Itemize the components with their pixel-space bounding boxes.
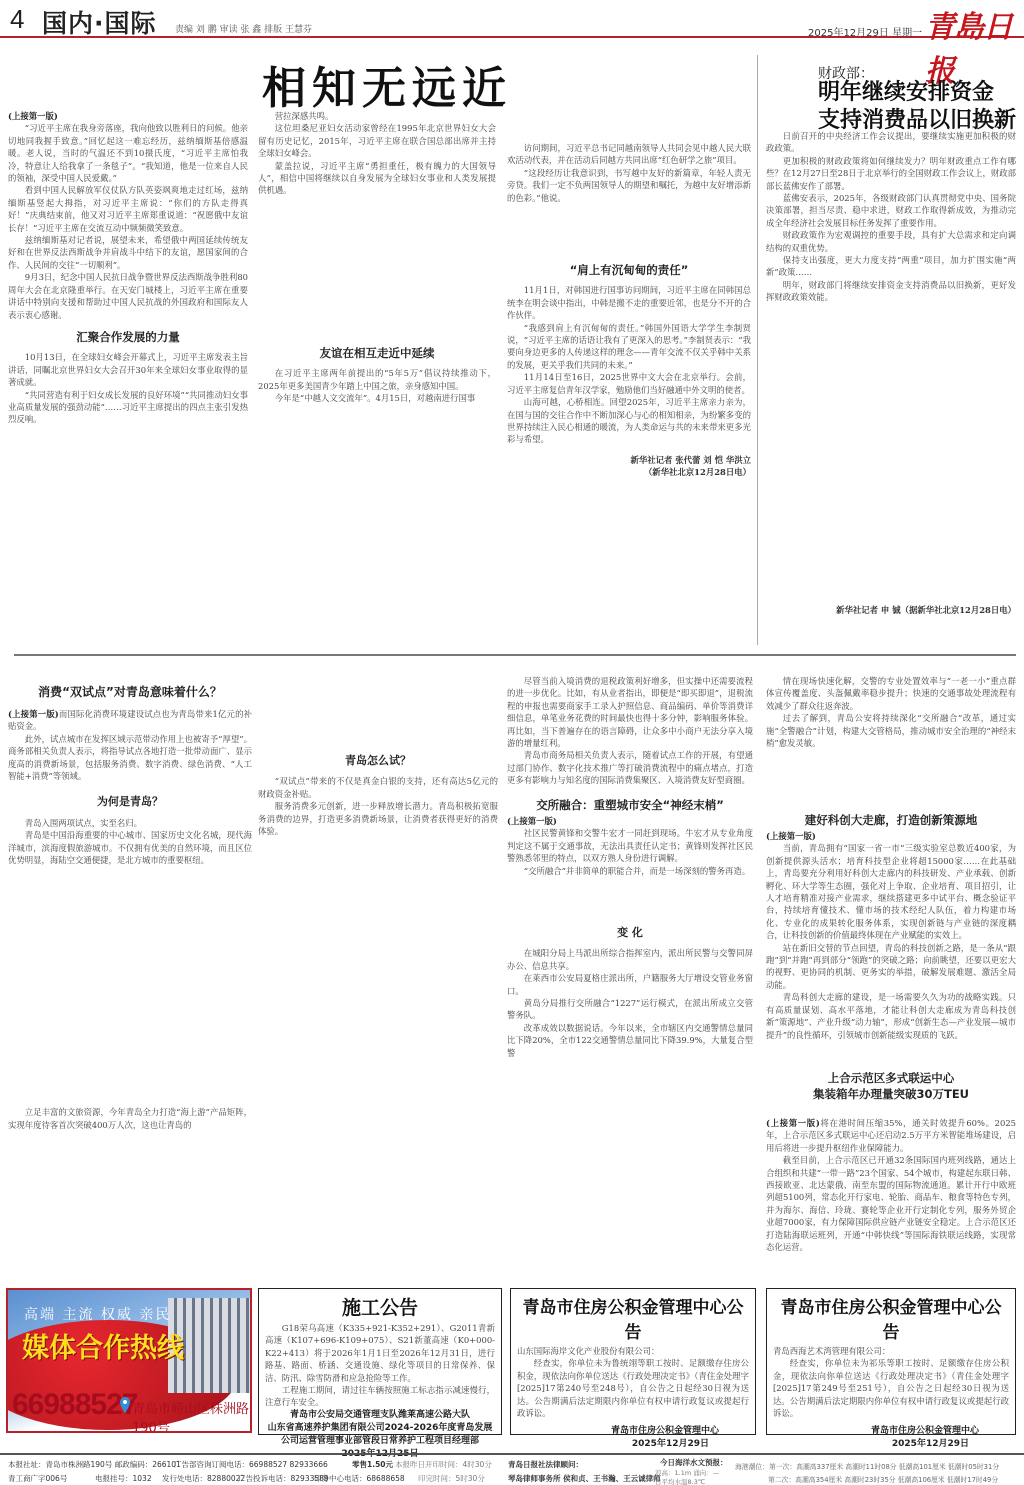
paragraph: 在城阳分局上马派出所综合指挥室内，派出所民警与交警同屏办公、信息共享。 bbox=[507, 947, 753, 972]
byline: 新华社记者 张代蕾 刘 恺 华洪立 bbox=[507, 454, 751, 466]
traffic-headline: 交所融合：重塑城市安全“神经末梢” bbox=[507, 797, 753, 813]
footer-tide-1: 海港潮位：第一次：高潮高337厘米 高潮时11时08分 低潮高101厘米 低潮时… bbox=[735, 1461, 999, 1471]
paragraph: 10月13日，在全球妇女峰会开幕式上，习近平主席发表主旨讲话，同瞩北京世界妇女大… bbox=[8, 351, 248, 388]
paragraph: 黄岛分局推行交所融合“1227”运行模式，在派出所成立交管警务队。 bbox=[507, 997, 753, 1022]
addressee: 山东国际海岸文化产业股份有限公司： bbox=[517, 1345, 749, 1357]
consumption-col-3: 尽管当前入境消费的退税政策利好增多，但实操中还需要流程的进一步优化。比如，有从业… bbox=[507, 675, 753, 790]
paragraph: 经查实，你单位未为鲁统翊等职工按时、足额缴存住房公积金，现依法向你单位送达《行政… bbox=[517, 1357, 749, 1419]
subhead: “肩上有沉甸甸的责任” bbox=[507, 264, 751, 276]
housing-fund-notice-1: 青岛市住房公积金管理中心公告 山东国际海岸文化产业股份有限公司： 经查实，你单位… bbox=[510, 1288, 756, 1435]
notice-title: 青岛市住房公积金管理中心公告 bbox=[517, 1293, 749, 1343]
notice-date: 2025年12月29日 bbox=[773, 1438, 1009, 1451]
footer-distribution: 发行处电话：82880022 bbox=[162, 1473, 245, 1484]
paragraph: 当前，青岛拥有“国家一省一市”三级实验室总数近400家，为创新提供源头活水；培育… bbox=[766, 842, 1016, 941]
paragraph: 过去了解到，青岛公安将持续深化“交所融合”改革，通过实施“全警融合”计划，构建大… bbox=[766, 712, 1016, 749]
paragraph: 截至目前，上合示范区已开通32条国际国内班列线路，通达上合组织和共建“一带一路”… bbox=[766, 1154, 1016, 1253]
consumption-col-2: 青岛怎么试？ “双试点”带来的不仅是真金白银的支持，还有高达5亿元的财政资金补贴… bbox=[258, 675, 498, 1275]
footer-ad-phone: 广告部咨询订阅电话：66988527 82933666 bbox=[174, 1459, 328, 1470]
paragraph: “这段经历让我意识到，书写越中友好的新篇章，年轻人责无旁贷。我们一定不负两国领导… bbox=[507, 167, 751, 204]
consumption-col-1: (上接第一版)而国际化消费环境建设试点也为青岛带来1亿元的补贴资金。 此外，试点… bbox=[8, 708, 252, 1273]
paragraph: 在莱西市公安局夏格庄派出所，户籍服务大厅增设交管业务窗口。 bbox=[507, 972, 753, 997]
footer-marine-temp: 日平均水温8.3℃ bbox=[655, 1477, 705, 1485]
footer-print-start: 本报昨日开印时间：4时30分 bbox=[395, 1459, 492, 1470]
footer-print-end: 印完时间：5时30分 bbox=[418, 1473, 485, 1484]
housing-fund-notice-2: 青岛市住房公积金管理中心公告 青岛西海艺术湾管理有限公司： 经查实，你单位未为祁… bbox=[766, 1288, 1016, 1435]
paragraph: 9月3日，纪念中国人民抗日战争暨世界反法西斯战争胜利80周年大会在北京隆重举行。… bbox=[8, 271, 248, 321]
paragraph: 这位坦桑尼亚妇女活动家曾经在1995年北京世界妇女大会留有历史记忆，2015年，… bbox=[258, 122, 496, 159]
notice-body: 山东国际海岸文化产业股份有限公司： 经查实，你单位未为鲁统翊等职工按时、足额缴存… bbox=[517, 1345, 749, 1419]
paragraph: 青岛科创大走廊的建设，是一场需要久久为功的战略实践。只有高质量谋划、高水平落地，… bbox=[766, 991, 1016, 1041]
issue-date: 2025年12月29日 星期一 bbox=[808, 24, 922, 39]
side-body: 日前召开的中央经济工作会议提出，要继续实施更加积极的财政政策。 更加积极的财政政… bbox=[766, 130, 1016, 642]
continued-label: (上接第一版) bbox=[766, 1118, 820, 1128]
paragraph: “习近平主席在我身旁落座，我向他致以胜利日的问候。他亲切地同我握手致意。”回忆起… bbox=[8, 122, 248, 184]
traffic-cont: 情在现场快速化解，交警的专业处置效率与“一老一小”重点群体宣传覆盖度、头盔佩戴率… bbox=[766, 675, 1016, 785]
ad-tagline: 高端 主流 权威 亲民 bbox=[24, 1304, 171, 1324]
construction-notice: 施工公告 G18荣乌高速（K335+921-K352+291）、G2011青新高… bbox=[258, 1288, 502, 1435]
paragraph: 工程施工期间，请过往车辆按照施工标志指示减速慢行，注意行车安全。 bbox=[265, 1384, 495, 1409]
masthead: 4 国内·国际 责编 刘 鹏 审读 张 鑫 排版 王慧芬 2025年12月29日… bbox=[0, 0, 1024, 38]
continued-label: (上接第一版) bbox=[766, 831, 816, 841]
signature: 山东省高速养护集团有限公司2024-2026年度青岛发展公司运营管理事业部管段日… bbox=[265, 1422, 495, 1448]
notice-body: G18荣乌高速（K335+921-K352+291）、G2011青新高速（K10… bbox=[265, 1322, 495, 1409]
paragraph: “共同营造有利于妇女成长发展的良好环境”“共同推动妇女事业高质量发展的强劲动能”… bbox=[8, 389, 248, 426]
paragraph: 财政政策作为宏观调控的重要手段，具有扩大总需求和定向调结构的双重优势。 bbox=[766, 229, 1016, 254]
signer: 青岛市住房公积金管理中心 bbox=[517, 1425, 749, 1438]
footer-legal-firm: 琴岛律师事务所 侯和贞、王书瀚、王云诚律师 bbox=[508, 1473, 661, 1484]
paragraph: 兹纳缅斯基对记者说，展望未来，希望俄中两国延续传统友好和在世界反法西斯战争并肩战… bbox=[8, 234, 248, 271]
lead-col-2: 营拉深感共鸣。 这位坦桑尼亚妇女活动家曾经在1995年北京世界妇女大会留有历史记… bbox=[258, 110, 496, 655]
location-pin-icon bbox=[120, 1397, 130, 1413]
page-footer: 本报社址：青岛市株洲路190号 邮政编码：266101 广告部咨询订阅电话：66… bbox=[0, 1453, 1024, 1485]
ad-title: 媒体合作热线 bbox=[22, 1326, 184, 1365]
paragraph: 看到中国人民解放军仪仗队方队英姿飒爽地走过红场，兹纳缅斯基竖起大拇指，对习近平主… bbox=[8, 184, 248, 234]
paragraph: 保持支出强度，更大力度支持“两重”项目，加力扩围实施“两新”政策…… bbox=[766, 254, 1016, 279]
paragraph: 情在现场快速化解，交警的专业处置效率与“一老一小”重点群体宣传覆盖度、头盔佩戴率… bbox=[766, 675, 1016, 712]
paragraph: 11月1日，对韩国进行国事访问期间，习近平主席在同韩国总统李在明会谈中指出，中韩… bbox=[507, 284, 751, 321]
lead-col-1: (上接第一版) “习近平主席在我身旁落座，我向他致以胜利日的问候。他亲切地同我握… bbox=[8, 110, 248, 655]
paragraph: 立足丰富的文旅资源，今年青岛全力打造“海上游”产品矩阵，实现年度待客首次突破40… bbox=[8, 1106, 252, 1131]
paragraph: 经查实，你单位未为祁乐等职工按时、足额缴存住房公积金，现依法向你单位送达《行政处… bbox=[773, 1357, 1009, 1419]
footer-license: 青工商广字006号 bbox=[8, 1473, 67, 1484]
media-hotline-ad: 高端 主流 权威 亲民 媒体合作热线 66988527 青岛市崂山区株洲路190… bbox=[6, 1288, 252, 1433]
paragraph: 日前召开的中央经济工作会议提出，要继续实施更加积极的财政政策。 bbox=[766, 130, 1016, 155]
notice-body: 青岛西海艺术湾管理有限公司： 经查实，你单位未为祁乐等职工按时、足额缴存住房公积… bbox=[773, 1345, 1009, 1419]
consumption-headline: 消费“双试点”对青岛意味着什么？ bbox=[8, 683, 252, 700]
paragraph: 青岛市商务局相关负责人表示，随着试点工作的开展，有望通过部门协作、数字化技术推广… bbox=[507, 749, 753, 786]
addressee: 青岛西海艺术湾管理有限公司： bbox=[773, 1345, 1009, 1357]
paragraph: 青岛入围两项试点，实至名归。 bbox=[8, 817, 252, 829]
ad-address: 青岛市崂山区株洲路190号 bbox=[132, 1398, 250, 1433]
paragraph: “双试点”带来的不仅是真金白银的支持，还有高达5亿元的财政资金补贴。 bbox=[258, 775, 498, 800]
subhead: 变 化 bbox=[507, 927, 753, 939]
notice-title: 施工公告 bbox=[265, 1293, 495, 1320]
dateline: （新华社北京12月28日电） bbox=[507, 466, 751, 478]
notice-date: 2025年12月29日 bbox=[517, 1438, 749, 1451]
paragraph: 站在新旧交替的节点回望，青岛的科技创新之路，是一条从“跟跑”到“并跑”再到部分“… bbox=[766, 942, 1016, 992]
footer-telegraph: 电报挂号：1032 bbox=[95, 1473, 152, 1484]
lead-col-3: 访问期间，习近平总书记同越南领导人共同会见中越人民大联欢活动代表，并在活动后同越… bbox=[507, 142, 751, 642]
subhead: 为何是青岛？ bbox=[8, 796, 252, 808]
paragraph: 在习近平主席两年前提出的“5年5万”倡议持续推动下，2025年更多美国青少年踏上… bbox=[258, 367, 496, 392]
paragraph: 此外，试点城市在发挥区域示范带动作用上也被寄予“厚望”。商务部相关负责人表示，将… bbox=[8, 733, 252, 783]
paragraph: 蓝佛安表示，2025年，各级财政部门认真贯彻党中央、国务院决策部署，担当尽责、稳… bbox=[766, 192, 1016, 229]
ad-phone: 66988527 bbox=[12, 1388, 137, 1422]
section-divider bbox=[14, 654, 1016, 656]
paragraph: “交所融合”并非简单的职能合并，而是一场深刻的警务再造。 bbox=[507, 865, 753, 877]
newspaper-logo: 青島日报 bbox=[925, 2, 1024, 90]
footer-legal-title: 青岛日报社法律顾问： bbox=[508, 1459, 583, 1470]
signer: 青岛市住房公积金管理中心 bbox=[773, 1425, 1009, 1438]
paragraph: 尽管当前入境消费的退税政策利好增多，但实操中还需要流程的进一步优化。比如，有从业… bbox=[507, 675, 753, 749]
lead-headline: 相知无远近 bbox=[262, 52, 512, 116]
tech-headline: 建好科创大走廊，打造创新策源地 bbox=[766, 812, 1016, 828]
footer-price: 零售1.50元 bbox=[352, 1459, 393, 1470]
continued-label: (上接第一版) bbox=[8, 709, 59, 719]
paragraph: 11月14日至16日，2025世界中文大会在北京举行。会前，习近平主席复信青年汉… bbox=[507, 371, 751, 396]
subhead: 友谊在相互走近中延续 bbox=[258, 347, 496, 359]
subhead: 青岛怎么试？ bbox=[258, 755, 498, 767]
paragraph: “我感到肩上有沉甸甸的责任。”韩国外国语大学学生李制贤说，“习近平主席的话语让我… bbox=[507, 322, 751, 372]
footer-marine-title: 今日海洋水文预报： bbox=[660, 1457, 728, 1468]
paragraph: 今年是“中越人文交流年”。4月15日，对越南进行国事 bbox=[258, 392, 496, 404]
paragraph: 营拉深感共鸣。 bbox=[258, 110, 496, 122]
editor-credits: 责编 刘 鹏 审读 张 鑫 排版 王慧芬 bbox=[175, 22, 312, 35]
paragraph: 服务消费多元创新，进一步释放增长潜力。青岛积极拓宽服务消费的边界，打造更多消费新… bbox=[258, 800, 498, 837]
paragraph: 青岛是中国沿海重要的中心城市、国家历史文化名城，现代海洋城市，滨海度假旅游城市。… bbox=[8, 829, 252, 866]
paragraph: 山海可越，心桥相连。回望2025年，习近平主席亲力亲为，在国与国的交往合作中不断… bbox=[507, 396, 751, 446]
port-headline: 上合示范区多式联运中心 集装箱年办理量突破30万TEU bbox=[766, 1070, 1016, 1102]
footer-tide-2: 第二次：高潮高354厘米 高潮时23时35分 低潮高106厘米 低潮时17时49… bbox=[768, 1474, 998, 1484]
paragraph: 蒙盖拉说，习近平主席“勇担重任，极有魄力的大国领导人”，相信中国将继续以自身发展… bbox=[258, 160, 496, 197]
subhead: 汇聚合作发展的力量 bbox=[8, 331, 248, 343]
continued-label: (上接第一版) bbox=[8, 110, 248, 122]
tech-body: (上接第一版) 当前，青岛拥有“国家一省一市”三级实验室总数近400家，为创新提… bbox=[766, 830, 1016, 1060]
page-number: 4 bbox=[10, 4, 24, 35]
footer-marine-wave: 浪高：1.1m 涌向：— bbox=[655, 1468, 719, 1477]
footer-address: 本报社址：青岛市株洲路190号 邮政编码：266101 bbox=[8, 1459, 181, 1470]
paragraph: 改革成效以数据说话。今年以来，全市辖区内交通警情总量同比下降20%，全市122交… bbox=[507, 1022, 753, 1059]
paragraph: G18荣乌高速（K335+921-K352+291）、G2011青新高速（K10… bbox=[265, 1322, 495, 1384]
traffic-body: (上接第一版) 社区民警黄锋和交警牛宏才一同赶到现场。牛宏才从专业角度判定这不属… bbox=[507, 815, 753, 1275]
paragraph: 更加积极的财政政策将如何继续发力？明年财政重点工作有哪些？在12月27日至28日… bbox=[766, 155, 1016, 192]
paragraph: 访问期间，习近平总书记同越南领导人共同会见中越人民大联欢活动代表，并在活动后同越… bbox=[507, 142, 751, 167]
column-divider bbox=[757, 55, 758, 645]
side-headline: 明年继续安排资金 支持消费品以旧换新 bbox=[818, 78, 1016, 134]
signature: 青岛市公安局交通管理支队潍莱高速公路大队 bbox=[265, 1409, 495, 1422]
footer-print-center: 印务中心电话：68688658 bbox=[314, 1473, 405, 1484]
headline-line: 集装箱年办理量突破30万TEU bbox=[766, 1086, 1016, 1102]
section-title: 国内·国际 bbox=[42, 4, 157, 40]
port-body: (上接第一版)将在港时间压缩35%，通关时效提升60%。2025年，上合示范区多… bbox=[766, 1117, 1016, 1272]
byline: 新华社记者 申 铖（据新华社北京12月28日电） bbox=[766, 604, 1016, 616]
continued-label: (上接第一版) bbox=[507, 816, 557, 826]
paragraph: 明年，财政部门将继续安排资金支持消费品以旧换新，更好发挥财政政策效能。 bbox=[766, 279, 1016, 304]
notice-title: 青岛市住房公积金管理中心公告 bbox=[773, 1293, 1009, 1343]
headline-line: 上合示范区多式联运中心 bbox=[766, 1070, 1016, 1086]
headline-line: 明年继续安排资金 bbox=[818, 78, 1016, 106]
paragraph: 社区民警黄锋和交警牛宏才一同赶到现场。牛宏才从专业角度判定这不属于交通事故，无法… bbox=[507, 827, 753, 864]
